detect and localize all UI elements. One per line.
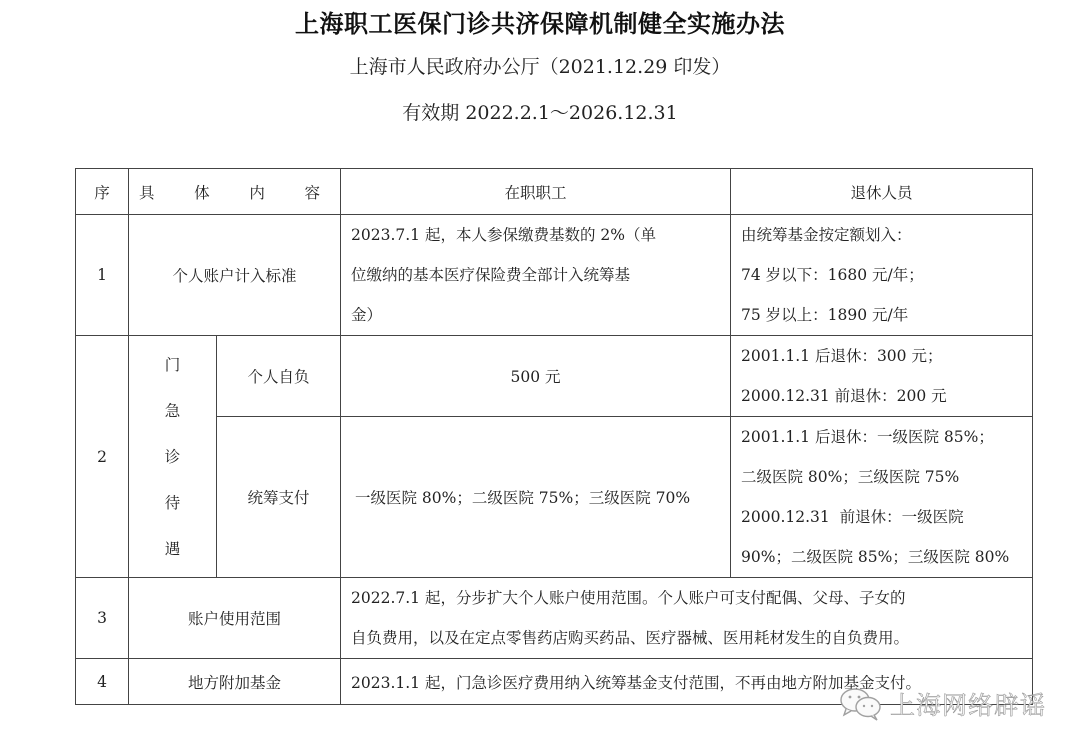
vertical-char: 遇 <box>139 526 206 572</box>
text-line: 90%；二级医院 85%；三级医院 80% <box>741 537 1022 577</box>
row-item: 个人账户计入标准 <box>129 215 341 336</box>
text-line: 金） <box>351 295 720 335</box>
document-title: 上海职工医保门诊共济保障机制健全实施办法 <box>0 4 1080 39</box>
subrow-employees: 一级医院 80%；二级医院 75%；三级医院 70% <box>341 417 731 578</box>
text-line: 由统筹基金按定额划入： <box>741 215 1022 255</box>
row-seq: 2 <box>76 336 129 578</box>
text-line: 2001.1.1 后退休：300 元； <box>741 336 1022 376</box>
watermark: 上海网络辟谣 <box>838 686 1046 722</box>
header-content-char: 体 <box>194 181 210 203</box>
document-issuer: 上海市人民政府办公厅（2021.12.29 印发） <box>0 52 1080 79</box>
watermark-text: 上海网络辟谣 <box>890 686 1046 722</box>
subrow-employees: 500 元 <box>341 336 731 417</box>
table-row: 2 门 急 诊 待 遇 个人自负 500 元 2001.1.1 后退休：300 … <box>76 336 1033 417</box>
subrow-retirees: 2001.1.1 后退休：一级医院 85%； 二级医院 80%；三级医院 75%… <box>731 417 1033 578</box>
subrow-retirees: 2001.1.1 后退休：300 元； 2000.12.31 前退休：200 元 <box>731 336 1033 417</box>
header-retirees: 退休人员 <box>731 169 1033 215</box>
row-merged: 2022.7.1 起，分步扩大个人账户使用范围。个人账户可支付配偶、父母、子女的… <box>341 578 1033 659</box>
vertical-char: 诊 <box>139 434 206 480</box>
header-content-char: 内 <box>249 181 265 203</box>
row-seq: 1 <box>76 215 129 336</box>
row-seq: 3 <box>76 578 129 659</box>
row-item: 账户使用范围 <box>129 578 341 659</box>
vertical-char: 待 <box>139 480 206 526</box>
row-item-vertical: 门 急 诊 待 遇 <box>129 336 217 578</box>
policy-table: 序 具 体 内 容 在职职工 退休人员 1 个人账户计入标准 2023.7.1 … <box>75 168 1033 705</box>
row-seq: 4 <box>76 659 129 705</box>
table-header-row: 序 具 体 内 容 在职职工 退休人员 <box>76 169 1033 215</box>
vertical-char: 门 <box>139 342 206 388</box>
table-row: 3 账户使用范围 2022.7.1 起，分步扩大个人账户使用范围。个人账户可支付… <box>76 578 1033 659</box>
wechat-icon <box>838 687 884 721</box>
text-line: 75 岁以上：1890 元/年 <box>741 295 1022 335</box>
text-line: 2000.12.31 前退休：200 元 <box>741 376 1022 416</box>
text-line: 2023.7.1 起，本人参保缴费基数的 2%（单 <box>351 215 720 255</box>
header-content: 具 体 内 容 <box>129 169 341 215</box>
row-retirees: 由统筹基金按定额划入： 74 岁以下：1680 元/年； 75 岁以上：1890… <box>731 215 1033 336</box>
table-subrow: 统筹支付 一级医院 80%；二级医院 75%；三级医院 70% 2001.1.1… <box>76 417 1033 578</box>
text-line: 自负费用，以及在定点零售药店购买药品、医疗器械、医用耗材发生的自负费用。 <box>351 618 1022 658</box>
subrow-item: 个人自负 <box>217 336 341 417</box>
subrow-item: 统筹支付 <box>217 417 341 578</box>
text-line: 2022.7.1 起，分步扩大个人账户使用范围。个人账户可支付配偶、父母、子女的 <box>351 578 1022 618</box>
text-line: 2000.12.31 前退休：一级医院 <box>741 497 1022 537</box>
row-employees: 2023.7.1 起，本人参保缴费基数的 2%（单 位缴纳的基本医疗保险费全部计… <box>341 215 731 336</box>
row-item: 地方附加基金 <box>129 659 341 705</box>
text-line: 74 岁以下：1680 元/年； <box>741 255 1022 295</box>
document-validity: 有效期 2022.2.1～2026.12.31 <box>0 98 1080 125</box>
table-row: 1 个人账户计入标准 2023.7.1 起，本人参保缴费基数的 2%（单 位缴纳… <box>76 215 1033 336</box>
text-line: 2001.1.1 后退休：一级医院 85%； <box>741 417 1022 457</box>
header-seq: 序 <box>76 169 129 215</box>
header-content-char: 具 <box>139 181 155 203</box>
vertical-char: 急 <box>139 388 206 434</box>
text-line: 二级医院 80%；三级医院 75% <box>741 457 1022 497</box>
header-employees: 在职职工 <box>341 169 731 215</box>
text-line: 位缴纳的基本医疗保险费全部计入统筹基 <box>351 255 720 295</box>
header-content-char: 容 <box>304 181 320 203</box>
